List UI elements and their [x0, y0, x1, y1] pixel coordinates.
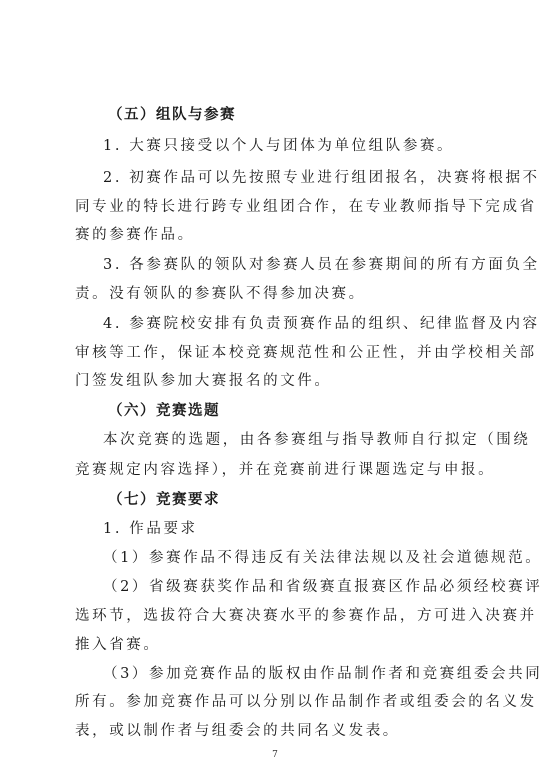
section-heading-requirements: （七）竞赛要求 — [108, 490, 220, 510]
document-page: （五）组队与参赛 1. 大赛只接受以个人与团体为单位组队参赛。 2. 初赛作品可… — [0, 0, 550, 777]
paragraph-line: 所有。参加竞赛作品可以分别以作品制作者或组委会的名义发 — [75, 692, 537, 712]
paragraph-line: 推入省赛。 — [75, 635, 161, 655]
paragraph-line: 赛的参赛作品。 — [75, 225, 195, 245]
paragraph-line: 选环节，选拔符合大赛决赛水平的参赛作品，方可进入决赛并 — [75, 606, 537, 626]
paragraph-line: 审核等工作，保证本校竞赛规范性和公正性，并由学校相关部 — [75, 343, 537, 363]
paragraph-line: 表，或以制作者与组委会的共同名义发表。 — [75, 721, 400, 741]
paragraph-line: 门签发组队参加大赛报名的文件。 — [75, 371, 332, 391]
paragraph-line: （3）参加竞赛作品的版权由作品制作者和竞赛组委会共同 — [103, 664, 542, 684]
paragraph-line: 责。没有领队的参赛队不得参加决赛。 — [75, 284, 366, 304]
paragraph-line: 1. 作品要求 — [103, 519, 198, 539]
paragraph-line: 1. 大赛只接受以个人与团体为单位组队参赛。 — [103, 136, 454, 156]
section-heading-team: （五）组队与参赛 — [108, 105, 236, 125]
paragraph-line: 3. 各参赛队的领队对参赛人员在参赛期间的所有方面负全 — [103, 255, 540, 275]
paragraph-line: 本次竞赛的选题，由各参赛组与指导教师自行拟定（围绕 — [103, 430, 531, 450]
paragraph-line: 4. 参赛院校安排有负责预赛作品的组织、纪律监督及内容 — [103, 314, 540, 334]
page-number: 7 — [0, 750, 550, 760]
paragraph-line: （1）参赛作品不得违反有关法律法规以及社会道德规范。 — [103, 548, 542, 568]
paragraph-line: （2）省级赛获奖作品和省级赛直报赛区作品必须经校赛评 — [103, 577, 542, 597]
paragraph-line: 2. 初赛作品可以先按照专业进行组团报名，决赛将根据不 — [103, 168, 540, 188]
section-heading-topic: （六）竞赛选题 — [108, 401, 220, 421]
paragraph-line: 竞赛规定内容选择），并在竞赛前进行课题选定与申报。 — [75, 460, 495, 480]
paragraph-line: 同专业的特长进行跨专业组团合作，在专业教师指导下完成省 — [75, 197, 537, 217]
